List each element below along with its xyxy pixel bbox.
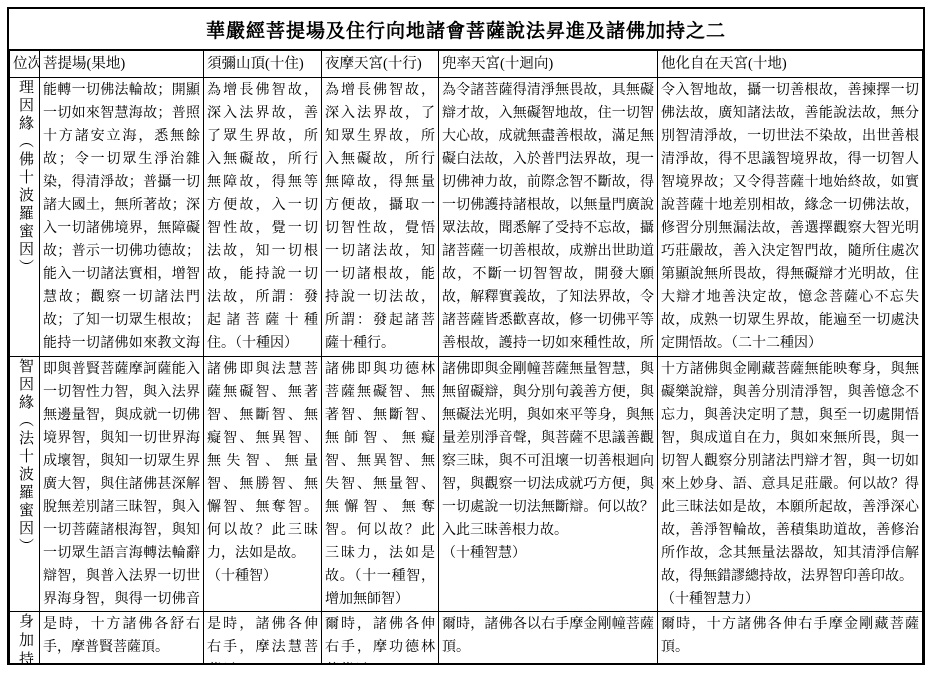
- row-header-label: 身加持: [14, 613, 35, 665]
- cell-text: 是時，十方諸佛各舒右手，摩普賢菩薩頂。: [43, 613, 200, 659]
- cell-text: 十方諸佛與金剛藏菩薩無能映奪身，與無礙樂說辯，與善分別清淨智，與善憶念不忘力，與…: [661, 358, 919, 609]
- cell-text: 為令諸菩薩得清淨無畏故，具無礙辯才故，入無礙智地故，住一切智大心故，成就無盡善根…: [442, 79, 654, 354]
- cell-shen-xumishanding: 是時，諸佛各伸右手，摩法慧菩薩頂。: [204, 612, 322, 666]
- cell-text: 為增長佛智故，深入法界故，善了眾生界故，所入無礙故，所行無障故，得無等方便故，入…: [207, 79, 318, 354]
- cell-zhi-doushuaitiangong: 諸佛即與金剛幢菩薩無量智慧，與無留礙辯，與分別句義善方便，與無礙法光明，與如來平…: [439, 357, 658, 612]
- cell-shen-doushuaitiangong: 爾時，諸佛各以右手摩金剛幢菩薩頂。: [439, 612, 658, 666]
- cell-li-xumishanding: 為增長佛智故，深入法界故，善了眾生界故，所入無礙故，所行無障故，得無等方便故，入…: [204, 78, 322, 357]
- cell-text: 諸佛即與功德林菩薩無礙智、無著智、無斷智、無師智、無癡智、無異智、無失智、無量智…: [325, 358, 435, 609]
- cell-zhi-xumishanding: 諸佛即與法慧菩薩無礙智、無著智、無斷智、無癡智、無異智、無失智、無量智、無勝智、…: [204, 357, 322, 612]
- column-header-putichang: 菩提場(果地): [40, 51, 204, 78]
- cell-text: 爾時，諸佛各以右手摩金剛幢菩薩頂。: [442, 613, 654, 659]
- row-header-label: 理因緣（佛十波羅蜜因）: [14, 79, 35, 277]
- content-table: 位次 菩提場(果地) 須彌山頂(十住) 夜摩天宮(十行) 兜率天宮(十迴向) 他…: [9, 50, 923, 665]
- page-title: 華嚴經菩提場及住行向地諸會菩薩說法昇進及諸佛加持之二: [206, 16, 726, 43]
- column-header-xumishanding: 須彌山頂(十住): [204, 51, 322, 78]
- cell-li-tahuazizaitiangong: 令入智地故，攝一切善根故，善揀擇一切佛法故，廣知諸法故，善能說法故，無分別智清淨…: [658, 78, 923, 357]
- column-header-yemotiangong: 夜摩天宮(十行): [322, 51, 439, 78]
- cell-shen-putichang: 是時，十方諸佛各舒右手，摩普賢菩薩頂。: [40, 612, 204, 666]
- cell-text: 諸佛即與法慧菩薩無礙智、無著智、無斷智、無癡智、無異智、無失智、無量智、無勝智、…: [207, 358, 318, 588]
- cell-text: 爾時，十方諸佛各伸右手摩金剛藏菩薩頂。: [661, 613, 919, 659]
- row-header-shen-jiachi: 身加持: [10, 612, 40, 666]
- row-header-li-yinyuan: 理因緣（佛十波羅蜜因）: [10, 78, 40, 357]
- cell-text: 即與普賢菩薩摩訶薩能入一切智性力智，與入法界無邊量智，與成就一切佛境界智，與知一…: [43, 358, 200, 609]
- cell-zhi-tahuazizaitiangong: 十方諸佛與金剛藏菩薩無能映奪身，與無礙樂說辯，與善分別清淨智，與善憶念不忘力，與…: [658, 357, 923, 612]
- cell-li-putichang: 能轉一切佛法輪故；開顯一切如來智慧海故；普照十方諸安立海，悉無餘故；令一切眾生淨…: [40, 78, 204, 357]
- table-row-li-yinyuan: 理因緣（佛十波羅蜜因） 能轉一切佛法輪故；開顯一切如來智慧海故；普照十方諸安立海…: [10, 78, 923, 357]
- cell-text: 爾時，諸佛各伸右手，摩功德林菩薩頂。: [325, 613, 435, 665]
- cell-text: 諸佛即與金剛幢菩薩無量智慧，與無留礙辯，與分別句義善方便，與無礙法光明，與如來平…: [442, 358, 654, 565]
- column-header-weici: 位次: [10, 51, 40, 78]
- cell-li-yemotiangong: 為增長佛智故，深入法界故，了知眾生界故，所入無礙故，所行無障故，得無量方便故，攝…: [322, 78, 439, 357]
- column-header-tahuazizaitiangong: 他化自在天宮(十地): [658, 51, 923, 78]
- cell-li-doushuaitiangong: 為令諸菩薩得清淨無畏故，具無礙辯才故，入無礙智地故，住一切智大心故，成就無盡善根…: [439, 78, 658, 357]
- cell-zhi-putichang: 即與普賢菩薩摩訶薩能入一切智性力智，與入法界無邊量智，與成就一切佛境界智，與知一…: [40, 357, 204, 612]
- header-row: 位次 菩提場(果地) 須彌山頂(十住) 夜摩天宮(十行) 兜率天宮(十迴向) 他…: [10, 51, 923, 78]
- cell-zhi-yemotiangong: 諸佛即與功德林菩薩無礙智、無著智、無斷智、無師智、無癡智、無異智、無失智、無量智…: [322, 357, 439, 612]
- cell-shen-yemotiangong: 爾時，諸佛各伸右手，摩功德林菩薩頂。: [322, 612, 439, 666]
- document-title-bar: 華嚴經菩提場及住行向地諸會菩薩說法昇進及諸佛加持之二: [9, 9, 923, 50]
- cell-text: 令入智地故，攝一切善根故，善揀擇一切佛法故，廣知諸法故，善能說法故，無分別智清淨…: [661, 79, 919, 354]
- document-page: 華嚴經菩提場及住行向地諸會菩薩說法昇進及諸佛加持之二 位次 菩提場(果地) 須彌…: [7, 7, 925, 665]
- table-row-shen-jiachi: 身加持 是時，十方諸佛各舒右手，摩普賢菩薩頂。 是時，諸佛各伸右手，摩法慧菩薩頂…: [10, 612, 923, 666]
- cell-text: 能轉一切佛法輪故；開顯一切如來智慧海故；普照十方諸安立海，悉無餘故；令一切眾生淨…: [43, 79, 200, 354]
- cell-text: 為增長佛智故，深入法界故，了知眾生界故，所入無礙故，所行無障故，得無量方便故，攝…: [325, 79, 435, 354]
- row-header-label: 智因緣（法十波羅蜜因）: [14, 358, 35, 556]
- column-header-doushuaitiangong: 兜率天宮(十迴向): [439, 51, 658, 78]
- cell-shen-tahuazizaitiangong: 爾時，十方諸佛各伸右手摩金剛藏菩薩頂。: [658, 612, 923, 666]
- cell-text: 是時，諸佛各伸右手，摩法慧菩薩頂。: [207, 613, 318, 665]
- row-header-zhi-yinyuan: 智因緣（法十波羅蜜因）: [10, 357, 40, 612]
- table-row-zhi-yinyuan: 智因緣（法十波羅蜜因） 即與普賢菩薩摩訶薩能入一切智性力智，與入法界無邊量智，與…: [10, 357, 923, 612]
